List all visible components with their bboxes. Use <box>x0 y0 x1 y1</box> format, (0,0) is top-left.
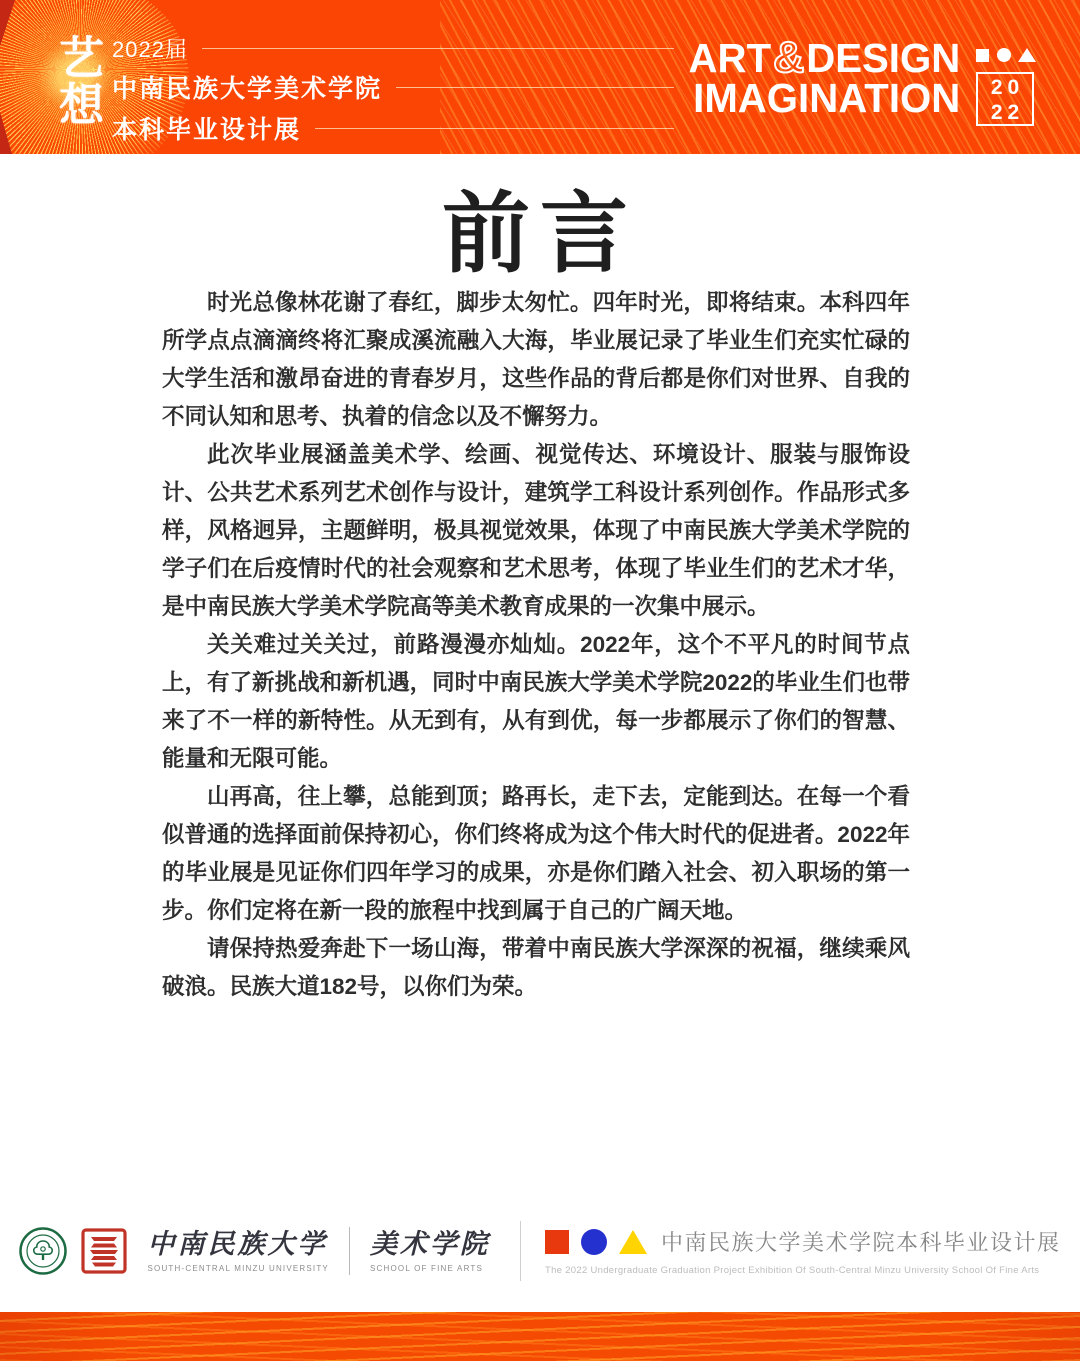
exhibition-title-cn: 中南民族大学美术学院本科毕业设计展 <box>661 1226 1061 1257</box>
imagination-word: IMAGINATION <box>688 78 960 118</box>
year-bottom: 22 <box>978 100 1032 125</box>
school-calligraphy: 美术学院 <box>370 1230 490 1260</box>
fine-arts-seal-icon <box>81 1228 127 1274</box>
yellow-triangle-icon <box>619 1230 647 1254</box>
poster-page: 艺想 2022届 中南民族大学美术学院 本科毕业设计展 ART&DESIGN I… <box>0 0 1080 1361</box>
paragraph-2: 此次毕业展涵盖美术学、绘画、视觉传达、环境设计、服装与服饰设计、公共艺术系列艺术… <box>162 436 910 626</box>
year-top: 20 <box>978 75 1032 100</box>
top-banner: 艺想 2022届 中南民族大学美术学院 本科毕业设计展 ART&DESIGN I… <box>0 0 1080 154</box>
exhibition-title-en: The 2022 Undergraduate Graduation Projec… <box>545 1265 1061 1276</box>
circle-icon <box>997 48 1011 62</box>
triangle-icon <box>1018 48 1036 62</box>
school-english-label: SCHOOL OF FINE ARTS <box>370 1264 490 1273</box>
paragraph-3: 关关难过关关过，前路漫漫亦灿灿。2022年，这个不平凡的时间节点上，有了新挑战和… <box>162 626 910 778</box>
footer-band-decoration <box>0 1312 1080 1361</box>
year-2022-badge: 20 22 <box>976 72 1034 126</box>
school-brand-block: 美术学院 SCHOOL OF FINE ARTS <box>364 1230 496 1273</box>
university-seal-icon <box>19 1227 67 1275</box>
divider-line <box>202 48 674 49</box>
paragraph-5: 请保持热爱奔赴下一场山海，带着中南民族大学深深的祝福，继续乘风破浪。民族大道18… <box>162 930 910 1006</box>
exhibition-logo-yixiang: 艺想 <box>50 34 102 128</box>
exhibition-label: 本科毕业设计展 <box>112 110 301 146</box>
banner-info-block: 2022届 中南民族大学美术学院 本科毕业设计展 <box>112 33 674 146</box>
page-title: 前言 <box>0 164 1080 290</box>
red-square-icon <box>545 1230 569 1254</box>
paragraph-1: 时光总像林花谢了春红，脚步太匆忙。四年时光，即将结束。本科四年所学点点滴滴终将汇… <box>162 284 910 436</box>
preface-body: 时光总像林花谢了春红，脚步太匆忙。四年时光，即将结束。本科四年所学点点滴滴终将汇… <box>162 284 910 1006</box>
university-calligraphy: 中南民族大学 <box>147 1230 329 1260</box>
banner-deco-column: 20 22 <box>976 47 1036 126</box>
footer-logo-strip: 中南民族大学 SOUTH-CENTRAL MINZU UNIVERSITY 美术… <box>0 1206 1080 1296</box>
edition-label: 2022届 <box>112 33 188 64</box>
divider <box>349 1227 350 1275</box>
divider-line <box>396 87 674 88</box>
square-icon <box>976 49 989 62</box>
exhibition-shapes <box>545 1229 647 1255</box>
art-design-wordmark: ART&DESIGN IMAGINATION <box>683 38 960 118</box>
divider-line <box>315 128 674 129</box>
university-english-label: SOUTH-CENTRAL MINZU UNIVERSITY <box>147 1264 329 1273</box>
exhibition-title-block: 中南民族大学美术学院本科毕业设计展 The 2022 Undergraduate… <box>545 1226 1061 1276</box>
divider <box>520 1221 521 1281</box>
paragraph-4: 山再高，往上攀，总能到顶；路再长，走下去，定能到达。在每一个看似普通的选择面前保… <box>162 778 910 930</box>
college-label: 中南民族大学美术学院 <box>112 69 382 105</box>
university-brand-block: 中南民族大学 SOUTH-CENTRAL MINZU UNIVERSITY <box>141 1230 335 1273</box>
blue-circle-icon <box>581 1229 607 1255</box>
